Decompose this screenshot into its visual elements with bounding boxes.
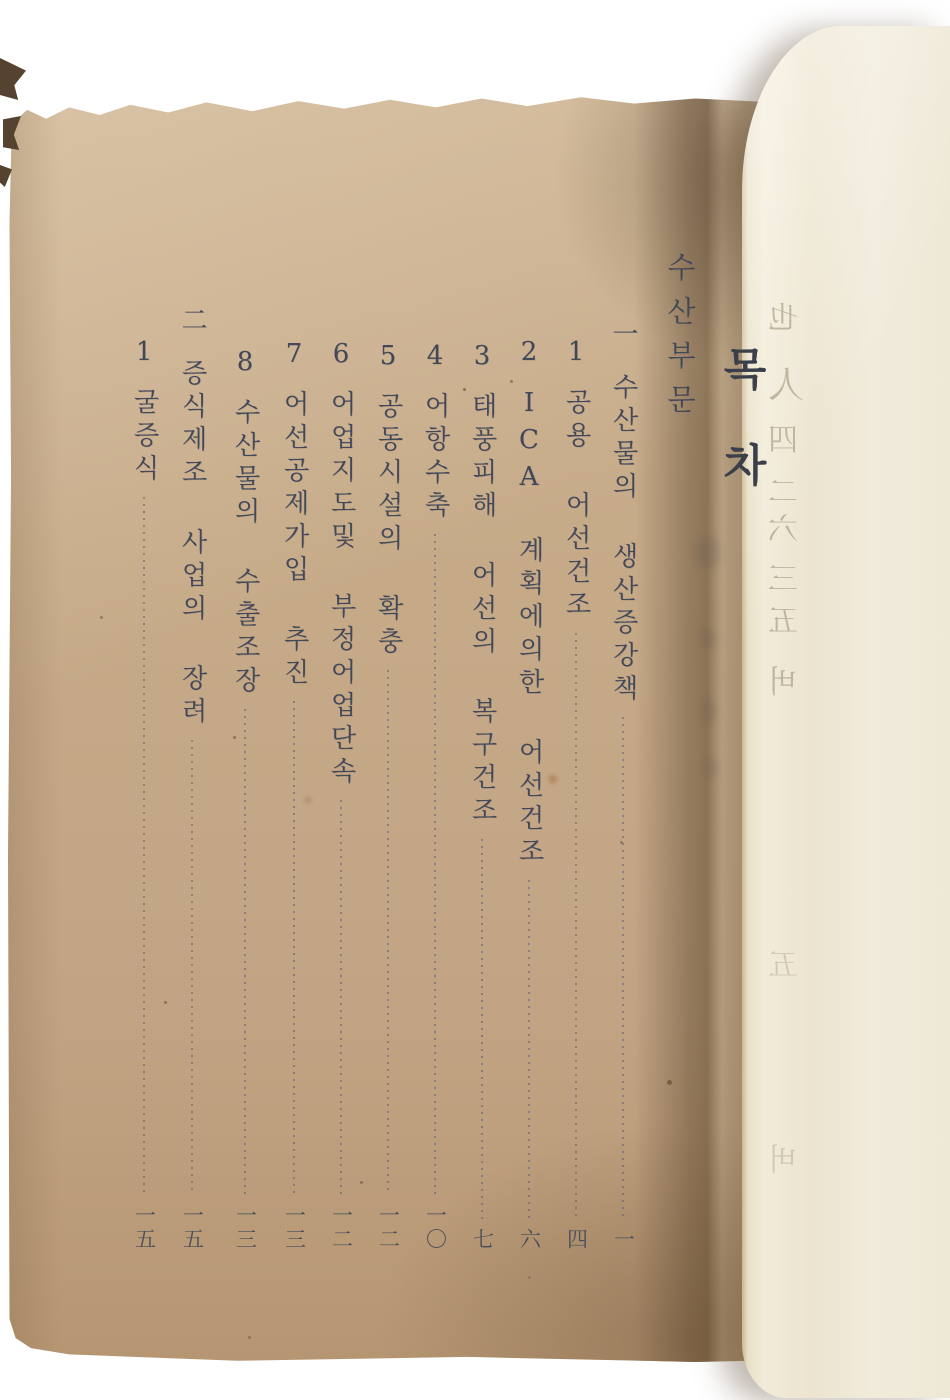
entry-page-number: 一: [613, 1228, 634, 1252]
ghost-char: 人: [768, 368, 804, 404]
entry-page-number: 一二: [378, 1204, 399, 1252]
ghost-char: 也: [768, 304, 798, 334]
entry-title: 수산물의 생산증강책: [608, 373, 638, 707]
toc-entry: 6어업지도및 부정어업단속 一二: [328, 339, 354, 1252]
ink-smudge: [702, 698, 716, 724]
entry-title: 공용 어선건조: [561, 388, 591, 623]
page-title: 목차: [708, 346, 772, 538]
ghost-char: 二: [768, 478, 798, 508]
dotted-leader: [622, 717, 624, 1219]
entry-number: 6: [326, 339, 356, 376]
ink-smudge: [700, 628, 716, 650]
section-header: 수산부문: [660, 252, 701, 428]
toc-entry: 2ICA 계획에의한 어선건조 六: [516, 337, 542, 1252]
toc-entry: 1공용 어선건조 四: [563, 337, 589, 1252]
dotted-leader: [293, 701, 295, 1195]
entry-number: 1: [129, 337, 159, 374]
entry-page-number: 一五: [134, 1204, 155, 1252]
ghost-char: 三: [768, 565, 798, 595]
toc-entry: 5공동시설의 확충 一二: [375, 341, 401, 1252]
dotted-leader: [387, 670, 389, 1195]
toc-entry: 一수산물의 생산증강책 一: [610, 320, 636, 1252]
entry-title: 수산물의 수출조장: [230, 398, 260, 699]
dotted-leader: [528, 880, 530, 1219]
ghost-char: 五: [768, 951, 798, 981]
entry-title: 굴증식: [129, 388, 159, 487]
entry-page-number: 六: [519, 1228, 540, 1252]
dotted-leader: [575, 633, 577, 1219]
entry-page-number: 一三: [235, 1204, 256, 1252]
entry-page-number: 一五: [182, 1204, 203, 1252]
entry-number: 3: [467, 341, 497, 378]
entry-number: 7: [279, 339, 309, 376]
entry-title: 공동시설의 확충: [373, 392, 403, 660]
entry-number: 一: [608, 320, 638, 353]
ghost-char: 버: [768, 1146, 797, 1176]
entry-title: 어선공제가입 추진: [279, 390, 309, 691]
ghost-char: 四: [768, 426, 798, 456]
torn-edge-fragment: [0, 165, 12, 187]
toc-entry: 7어선공제가입 추진 一三: [281, 339, 307, 1252]
entry-title: 태풍피해 어선의 복구건조: [467, 392, 497, 829]
dotted-leader: [244, 709, 246, 1195]
entry-title: 어항수축: [420, 392, 450, 524]
dotted-leader: [143, 497, 145, 1195]
torn-edge-fragment: [0, 58, 26, 100]
toc-entry: 3태풍피해 어선의 복구건조 七: [469, 341, 495, 1252]
ink-smudge: [694, 536, 720, 570]
entry-number: 1: [561, 337, 591, 374]
ghost-char: 六: [768, 515, 798, 545]
entry-number: 8: [230, 347, 260, 384]
ghost-char: 五: [768, 607, 798, 637]
next-page-curl: 也 人 四 二 六 三 五 버 五 버: [742, 26, 950, 1398]
toc-entry: 4어항수축 一〇: [422, 341, 448, 1252]
entry-page-number: 四: [566, 1228, 587, 1252]
entry-page-number: 一〇: [425, 1204, 446, 1252]
dotted-leader: [481, 839, 483, 1219]
entry-page-number: 七: [472, 1228, 493, 1252]
entry-number: 5: [373, 341, 403, 378]
ghost-char: 버: [768, 668, 797, 698]
ink-smudge: [706, 758, 718, 778]
toc-entry: 8수산물의 수출조장 一三: [232, 347, 258, 1252]
entry-page-number: 一二: [331, 1204, 352, 1252]
toc-entry: 二증식제조 사업의 장려 一五: [179, 306, 205, 1252]
entry-title: ICA 계획에의한 어선건조: [514, 388, 544, 870]
dotted-leader: [191, 740, 193, 1195]
dotted-leader: [434, 534, 436, 1195]
entry-number: 2: [514, 337, 544, 374]
paper-stain: [549, 775, 557, 783]
ghost-bleedthrough-text: 也 人 四 二 六 三 五 버 五 버: [768, 26, 812, 1398]
entry-title: 증식제조 사업의 장려: [177, 359, 207, 730]
entry-number: 4: [420, 341, 450, 378]
book-photo: 也 人 四 二 六 三 五 버 五 버 목차 수산부문 一수산물의 생산증강책 …: [0, 0, 950, 1400]
entry-title: 어업지도및 부정어업단속: [326, 390, 356, 790]
dotted-leader: [340, 800, 342, 1195]
entry-number: 二: [177, 306, 207, 339]
entry-page-number: 一三: [284, 1204, 305, 1252]
toc-entry: 1굴증식 一五: [131, 337, 157, 1252]
